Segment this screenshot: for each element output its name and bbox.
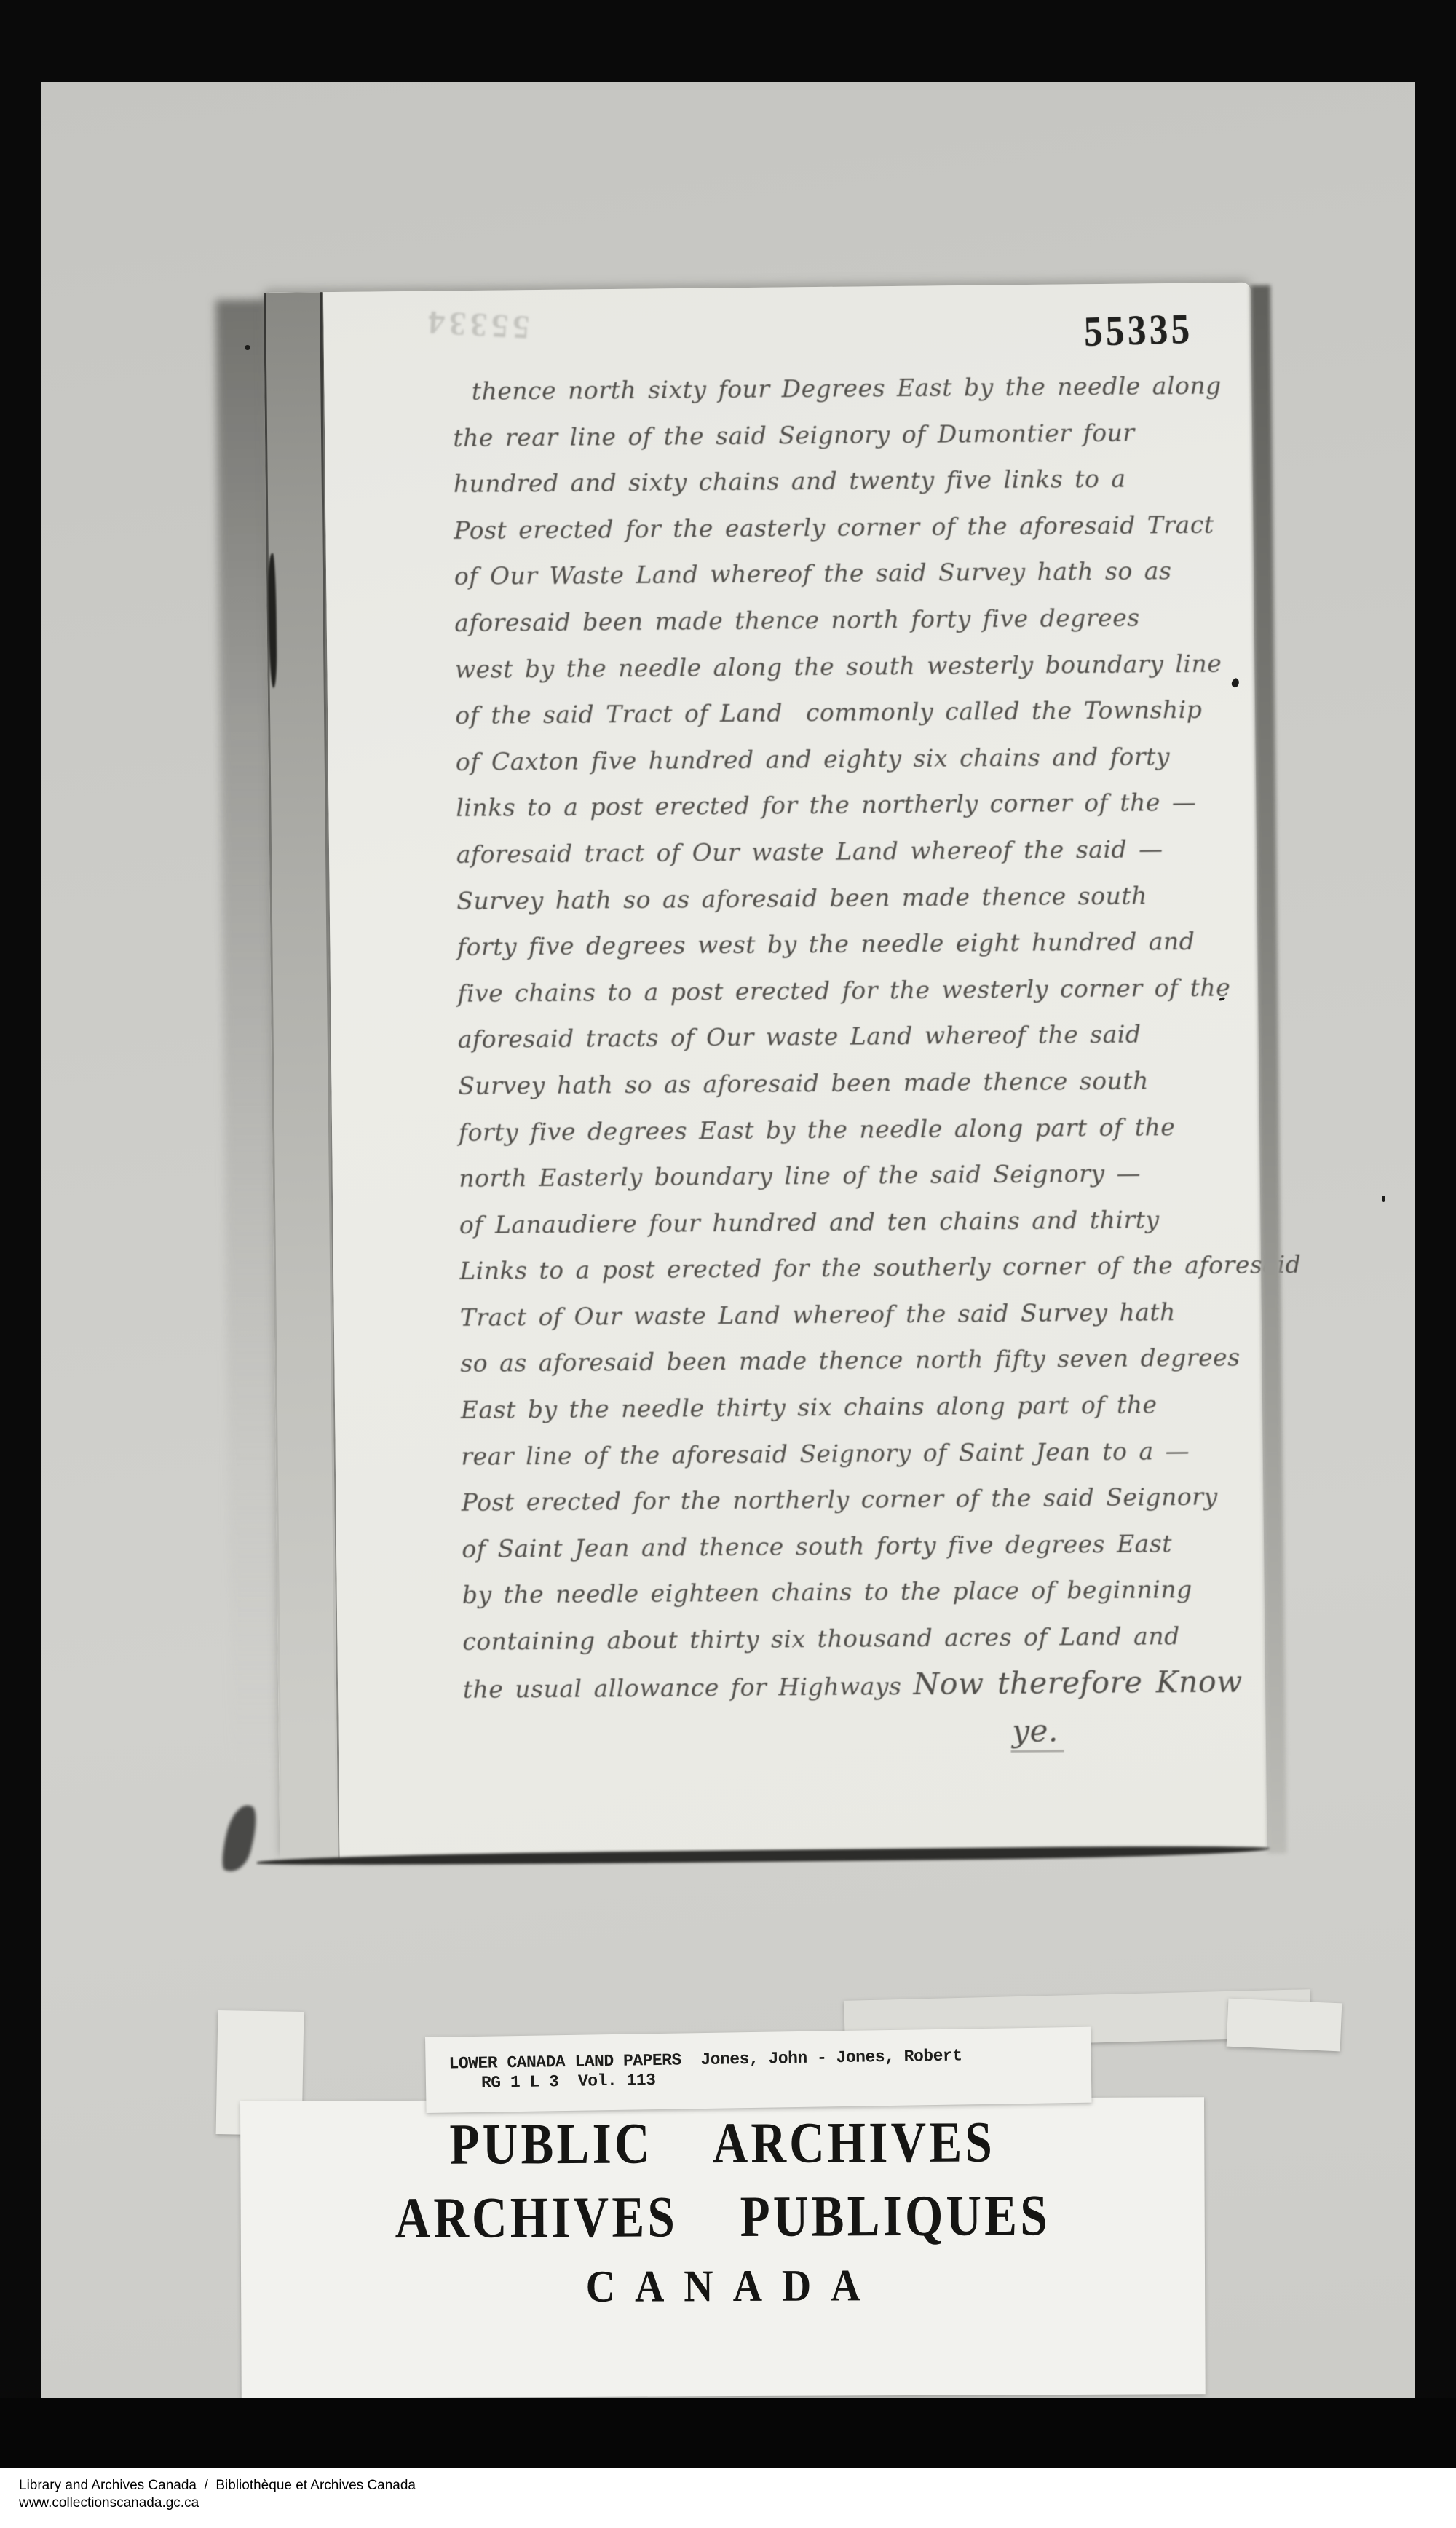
- manuscript-line: by the needle eighteen chains to the pla…: [462, 1566, 1249, 1619]
- page-number-stamp: 55335: [1083, 304, 1193, 356]
- manuscript-line: the rear line of the said Seignory of Du…: [453, 408, 1239, 461]
- ghost-stamp: 55334: [423, 303, 531, 347]
- manuscript-page: thence north sixty four Degrees East by …: [264, 283, 1267, 1860]
- manuscript-line: north Easterly boundary line of the said…: [459, 1149, 1245, 1201]
- scanned-document-photo: thence north sixty four Degrees East by …: [0, 0, 1456, 2528]
- manuscript-line: hundred and sixty chains and twenty five…: [454, 455, 1240, 507]
- attribution-text: Library and Archives Canada / Bibliothèq…: [0, 2468, 1456, 2495]
- ink-speck: [245, 345, 250, 350]
- footer-url: www.collectionscanada.gc.ca: [0, 2495, 1456, 2512]
- manuscript-line: East by the needle thirty six chains alo…: [461, 1380, 1247, 1433]
- manuscript-final-word: ye.: [463, 1708, 1250, 1766]
- manuscript-closing-line: the usual allowance for Highways Now the…: [463, 1659, 1249, 1711]
- handwritten-text: thence north sixty four Degrees East by …: [453, 362, 1250, 1766]
- manuscript-line: of Caxton five hundred and eighty six ch…: [456, 732, 1242, 785]
- manuscript-line: of Saint Jean and thence south forty fiv…: [462, 1520, 1248, 1572]
- manuscript-line: Links to a post erected for the southerl…: [459, 1242, 1246, 1295]
- manuscript-line: Survey hath so as aforesaid been made th…: [458, 1056, 1244, 1109]
- manuscript-line: five chains to a post erected for the we…: [457, 964, 1243, 1016]
- final-word-text: ye.: [1010, 1713, 1064, 1753]
- manuscript-lines: thence north sixty four Degrees East by …: [453, 362, 1249, 1664]
- manuscript-line: so as aforesaid been made thence north f…: [460, 1335, 1246, 1387]
- public-archives-card: PUBLIC ARCHIVES ARCHIVES PUBLIQUES CANAD…: [240, 2097, 1206, 2398]
- manuscript-line: Post erected for the easterly corner of …: [454, 501, 1240, 553]
- manuscript-line: of the said Tract of Land commonly calle…: [455, 687, 1241, 739]
- manuscript-line: aforesaid tracts of Our waste Land where…: [458, 1011, 1244, 1063]
- manuscript-line: Post erected for the northerly corner of…: [462, 1474, 1248, 1526]
- public-archives-title-fr: ARCHIVES PUBLIQUES: [317, 2183, 1128, 2253]
- fold-line: [320, 292, 339, 1859]
- manuscript-line: forty five degrees East by the needle al…: [459, 1103, 1245, 1156]
- photo-bottom-border: [0, 2398, 1456, 2468]
- manuscript-line: containing about thirty six thousand acr…: [462, 1612, 1249, 1664]
- manuscript-line: Tract of Our waste Land whereof the said…: [460, 1288, 1246, 1340]
- manuscript-line: aforesaid tract of Our waste Land whereo…: [456, 825, 1243, 877]
- manuscript-line: links to a post erected for the northerl…: [456, 779, 1242, 832]
- reference-label-card: LOWER CANADA LAND PAPERS Jones, John - J…: [425, 2027, 1092, 2113]
- manuscript-line: aforesaid been made thence north forty f…: [454, 593, 1241, 646]
- manuscript-line: rear line of the aforesaid Seignory of S…: [461, 1427, 1247, 1480]
- manuscript-line: thence north sixty four Degrees East by …: [453, 362, 1239, 414]
- ink-speck: [1382, 1196, 1385, 1202]
- public-archives-canada: CANADA: [289, 2259, 1157, 2315]
- manuscript-line: of Our Waste Land whereof the said Surve…: [454, 548, 1241, 600]
- manuscript-line: of Lanaudiere four hundred and ten chain…: [459, 1196, 1246, 1248]
- footer-strip: Library and Archives Canada / Bibliothèq…: [0, 2468, 1456, 2528]
- background-card-corner: [1227, 1999, 1342, 2052]
- manuscript-line: forty five degrees west by the needle ei…: [457, 917, 1243, 970]
- manuscript-line: Survey hath so as aforesaid been made th…: [456, 872, 1243, 924]
- manuscript-line: west by the needle along the south weste…: [455, 640, 1241, 692]
- public-archives-title-en: PUBLIC ARCHIVES: [317, 2109, 1128, 2179]
- closing-prefix: the usual allowance for Highways: [463, 1672, 914, 1704]
- closing-emphasis: Now therefore Know: [913, 1664, 1243, 1702]
